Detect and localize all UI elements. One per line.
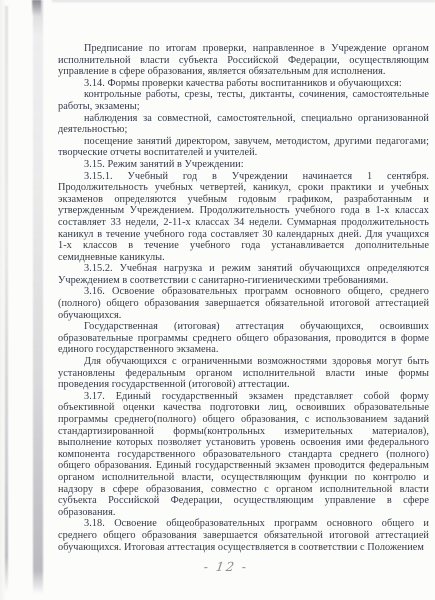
paragraph: 3.16. Освоение образовательных программ … bbox=[58, 286, 429, 321]
paragraph: посещение занятий директором, завучем, м… bbox=[58, 136, 429, 159]
binding-shadow-top-smudge bbox=[32, 0, 41, 16]
paragraph: 3.15. Режим занятий в Учреждении: bbox=[58, 159, 429, 171]
paragraph: Для обучающихся с ограниченными возможно… bbox=[58, 356, 429, 391]
page-number: - 12 - bbox=[189, 559, 263, 574]
paragraph: наблюдения за совместной, самостоятельно… bbox=[58, 113, 429, 136]
paragraph: 3.14. Формы проверки качества работы вос… bbox=[58, 78, 429, 90]
paragraph: 3.15.2. Учебная нагрузка и режим занятий… bbox=[58, 263, 429, 286]
paragraph: 3.17. Единый государственный экзамен пре… bbox=[58, 391, 429, 519]
scan-top-edge-shadow bbox=[52, 0, 435, 3]
scanned-document-page: Предписание по итогам проверки, направле… bbox=[0, 0, 435, 600]
text-block: Предписание по итогам проверки, направле… bbox=[58, 43, 429, 553]
paragraph: контрольные работы, срезы, тесты, диктан… bbox=[58, 89, 429, 112]
paragraph: 3.18. Освоение общеобразовательных прогр… bbox=[58, 518, 429, 553]
paragraph: Предписание по итогам проверки, направле… bbox=[58, 43, 429, 78]
paragraph: 3.15.1. Учебный год в Учреждении начинае… bbox=[58, 171, 429, 264]
binding-shadow bbox=[33, 0, 43, 594]
binding-crease-line bbox=[5, 6, 8, 592]
paragraph: Государственная (итоговая) аттестация об… bbox=[58, 321, 429, 356]
